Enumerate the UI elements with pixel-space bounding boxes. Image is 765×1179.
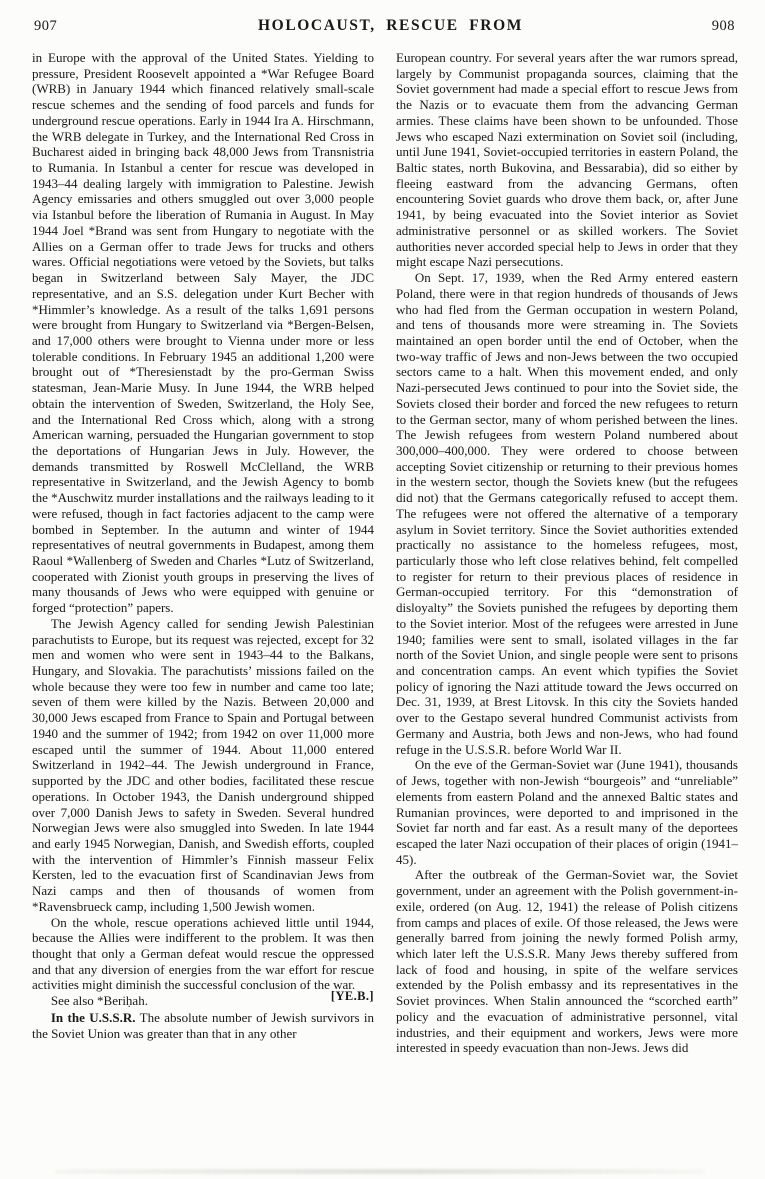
page-title: HOLOCAUST, RESCUE FROM [258, 17, 523, 35]
paragraph: On the eve of the German-Soviet war (Jun… [396, 757, 738, 867]
see-also-line: See also *Beriḥah. [YE.B.] [32, 993, 374, 1010]
left-column: in Europe with the approval of the Unite… [32, 50, 374, 1056]
see-also-reference: See also *Beriḥah. [32, 993, 148, 1009]
section-lead-in: In the U.S.S.R. [51, 1010, 136, 1025]
paragraph: On the whole, rescue operations achieved… [32, 915, 374, 994]
paragraph: The Jewish Agency called for sending Jew… [32, 616, 374, 915]
encyclopedia-page: 907 HOLOCAUST, RESCUE FROM 908 in Europe… [0, 0, 765, 1056]
scan-edge-smudge [55, 1169, 705, 1174]
text-columns: in Europe with the approval of the Unite… [32, 50, 738, 1056]
right-column: European country. For several years afte… [396, 50, 738, 1056]
running-head: 907 HOLOCAUST, RESCUE FROM 908 [32, 17, 738, 35]
paragraph: After the outbreak of the German-Soviet … [396, 867, 738, 1056]
author-signature: [YE.B.] [331, 989, 374, 1005]
left-page-number: 907 [34, 18, 57, 35]
right-page-number: 908 [712, 18, 735, 35]
paragraph: in Europe with the approval of the Unite… [32, 50, 374, 616]
paragraph: European country. For several years afte… [396, 50, 738, 270]
paragraph: On Sept. 17, 1939, when the Red Army ent… [396, 270, 738, 757]
paragraph-ussr: In the U.S.S.R. The absolute number of J… [32, 1010, 374, 1041]
